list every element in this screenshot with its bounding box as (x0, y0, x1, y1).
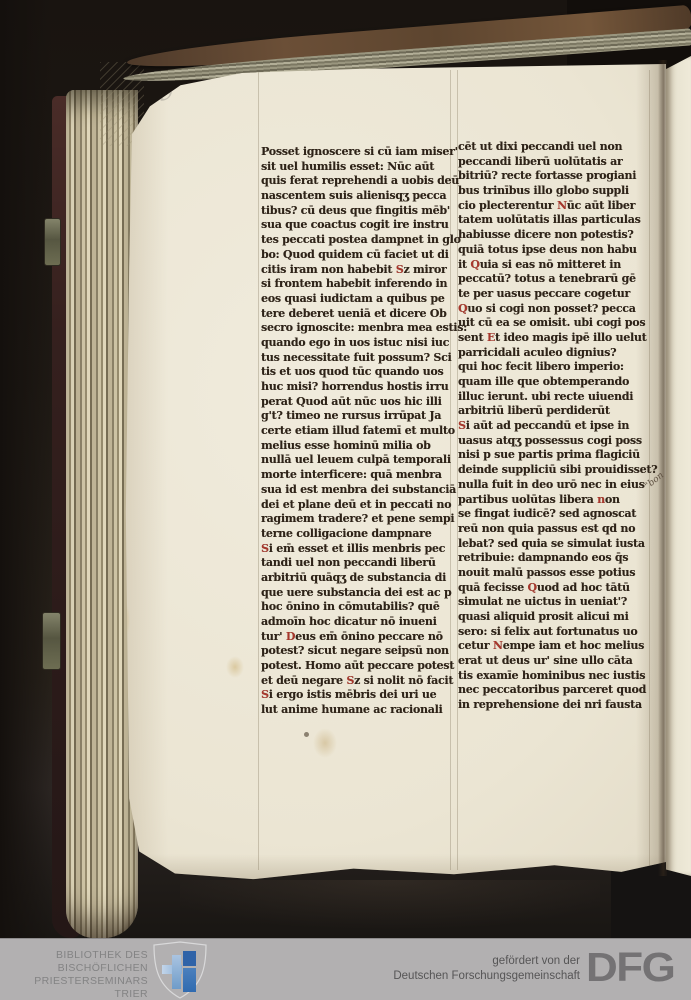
manuscript-text-line: se fingat iudicē? sed agnoscat (458, 507, 657, 522)
manuscript-text-line: habiusse dicere non potestis? (458, 228, 657, 243)
manuscript-page: 99 Posset ignoscere si cū iam miser'sit … (108, 64, 666, 880)
manuscript-text-line: quasi aliquid prosit alicui mi (458, 610, 657, 625)
manuscript-text-line: simulat ne uictus in ueniat'? (458, 595, 657, 610)
manuscript-text-line: tur' Deus em̄ ōnino peccare nō (261, 630, 467, 645)
manuscript-text-line: sua que coactus cogit ire instru (261, 218, 467, 233)
manuscript-text-line: uasus atqʒ possessus cogi poss (458, 434, 657, 449)
dfg-credit-text: gefördert von der Deutschen Forschungsge… (338, 954, 580, 984)
manuscript-text-line: sua id est menbra dei substanciā (261, 483, 467, 498)
manuscript-text-line: dei et plane deū et in peccati no (261, 498, 467, 513)
manuscript-text-line: te per uasus peccare cogetur (458, 287, 657, 302)
library-name-line2: BISCHÖFLICHEN (0, 962, 148, 975)
manuscript-text-line: lut anime humane ac racionali (261, 703, 467, 718)
manuscript-text-line: erat ut deus ur' sine ullo cāta (458, 654, 657, 669)
manuscript-text-line: peccatū? totus a tenebrarū gē (458, 272, 657, 287)
manuscript-text-line: sent Et ideo magis ipē illo uelut (458, 331, 657, 346)
manuscript-text-line: bitriū? recte fortasse progiani (458, 169, 657, 184)
manuscript-text-line: que uere substancia dei est ac p (261, 586, 467, 601)
manuscript-text-line: Si ergo istis mēbris dei uri ue (261, 688, 467, 703)
manuscript-text-line: it Quia si eas nō mitteret in (458, 258, 657, 273)
manuscript-text-line: tis et uos quod tūc quando uos (261, 365, 467, 380)
manuscript-text-line: nouit malū passos esse potius (458, 566, 657, 581)
manuscript-text-line: huc misi? horrendus hostis irru (261, 380, 467, 395)
manuscript-text-line: partibus uolūtas libera non (458, 493, 657, 508)
dfg-logo-icon: DFG (586, 945, 674, 991)
manuscript-text-line: potest? sicut negare seipsū non (261, 644, 467, 659)
facing-page-edge (666, 56, 691, 876)
manuscript-text-line: cēt ut dixi peccandi uel non (458, 140, 657, 155)
manuscript-text-line: tatem uolūtatis illas particulas (458, 213, 657, 228)
manuscript-text-line: sero: si felix aut fortunatus uo (458, 625, 657, 640)
manuscript-text-line: bo: Quod quidem cū faciet ut di (261, 248, 467, 263)
ruling-line (258, 70, 259, 870)
text-column-left: Posset ignoscere si cū iam miser'sit uel… (261, 145, 467, 718)
manuscript-text-line: citis iram non habebit Sz miror (261, 263, 467, 278)
manuscript-text-line: eos quasi iudictam a quibus pe (261, 292, 467, 307)
library-name: BIBLIOTHEK DES BISCHÖFLICHEN PRIESTERSEM… (0, 949, 148, 1000)
library-name-line1: BIBLIOTHEK DES (0, 949, 148, 962)
manuscript-text-line: parricidali aculeo dignius? (458, 346, 657, 361)
manuscript-text-line: Posset ignoscere si cū iam miser' (261, 145, 467, 160)
dfg-credit-line2: Deutschen Forschungsgemeinschaft (338, 969, 580, 984)
cross-stem-icon (183, 968, 196, 992)
text-column-right: cēt ut dixi peccandi uel nonpeccandi lib… (458, 140, 657, 713)
manuscript-text-line: arbitriū quāqʒ de substancia di (261, 571, 467, 586)
manuscript-text-line: quando ego in uos istuc nisi iuc (261, 336, 467, 351)
manuscript-text-line: hoc ōnino in cōmutabilis? quē (261, 600, 467, 615)
manuscript-text-line: nec peccatoribus parceret quod (458, 683, 657, 698)
manuscript-text-line: uit cū ea se omisit. ubi cogi pos (458, 316, 657, 331)
backdrop-left-shadow (0, 0, 52, 938)
manuscript-text-line: potest. Homo aūt peccare potest (261, 659, 467, 674)
manuscript-text-line: morte interficere: quā menbra (261, 468, 467, 483)
manuscript-text-line: cio plecterentur Nūc aūt liber (458, 199, 657, 214)
manuscript-text-line: Quo si cogi non posset? pecca (458, 302, 657, 317)
manuscript-text-line: quis ferat reprehendi a uobis deū (261, 174, 467, 189)
manuscript-text-line: Si em̄ esset et illis menbris pec (261, 542, 467, 557)
manuscript-text-line: quiā totus ipse deus non habu (458, 243, 657, 258)
manuscript-text-line: lebat? sed quia se simulat iusta (458, 537, 657, 552)
manuscript-text-line: g't? timeo ne rursus irrūpat Ja (261, 409, 467, 424)
manuscript-text-line: tandi uel non peccandi liberū (261, 556, 467, 571)
manuscript-text-line: tere deberet ueniā et dicere Ob (261, 307, 467, 322)
digitized-manuscript-photo: 99 Posset ignoscere si cū iam miser'sit … (0, 0, 691, 1000)
credit-banner: BIBLIOTHEK DES BISCHÖFLICHEN PRIESTERSEM… (0, 938, 691, 1000)
parchment-speck (304, 732, 309, 737)
manuscript-text-line: nisi p sue partis prima flagiciū (458, 448, 657, 463)
cross-head-icon (183, 951, 196, 966)
backdrop-reflection (180, 880, 600, 930)
cross-bar-icon (172, 955, 181, 989)
manuscript-text-line: terne colligacione dampnare (261, 527, 467, 542)
library-name-line3: PRIESTERSEMINARS TRIER (0, 975, 148, 1000)
manuscript-text-line: nascentem suis alienisqʒ pecca (261, 189, 467, 204)
gutter-fold (658, 60, 667, 876)
manuscript-text-line: peccandi liberū uolūtatis ar (458, 155, 657, 170)
backdrop-right-band (611, 862, 691, 938)
parchment-stain (313, 728, 337, 758)
manuscript-text-line: sit uel humilis esset: Nūc aūt (261, 160, 467, 175)
manuscript-text-line: arbitriū liberū perdiderūt (458, 404, 657, 419)
manuscript-text-line: in reprehensione dei nri fausta (458, 698, 657, 713)
manuscript-text-line: si frontem habebit inferendo in (261, 277, 467, 292)
parchment-stain (226, 656, 244, 678)
manuscript-text-line: certe etiam illud fatemī et multo (261, 424, 467, 439)
manuscript-text-line: quam ille que obtemperando (458, 375, 657, 390)
manuscript-text-line: et deū negare Sz si nolit nō facit (261, 674, 467, 689)
manuscript-text-line: reū non quia passus est qd no (458, 522, 657, 537)
manuscript-text-line: cetur Nempe iam et hoc melius (458, 639, 657, 654)
book-clasp-bottom (42, 612, 61, 670)
manuscript-text-line: melius esse hominū milia ob (261, 439, 467, 454)
manuscript-text-line: secro ignoscite: menbra mea estis: (261, 321, 467, 336)
manuscript-text-line: deinde suppliciū sibi prouidisset? (458, 463, 657, 478)
manuscript-text-line: perat Quod aūt nūc uos hic illi (261, 395, 467, 410)
manuscript-text-line: tibus? cū deus que fingitis mēb' (261, 204, 467, 219)
dfg-credit-line1: gefördert von der (338, 954, 580, 969)
manuscript-text-line: nullā uel leuem culpā temporali (261, 453, 467, 468)
manuscript-text-line: qui hoc fecit libero imperio: (458, 360, 657, 375)
manuscript-text-line: tus necessitate fuit possum? Sci (261, 351, 467, 366)
manuscript-text-line: tes peccati postea dampnet in glo (261, 233, 467, 248)
manuscript-text-line: illuc ierunt. ubi recte uiuendi (458, 390, 657, 405)
manuscript-text-line: Si aūt ad peccandū et ipse in (458, 419, 657, 434)
manuscript-text-line: admoīn hoc dicatur nō inueni (261, 615, 467, 630)
manuscript-text-line: bus trinībus illo globo suppli (458, 184, 657, 199)
book-clasp-top (44, 218, 61, 266)
manuscript-text-line: retribuie: dampnando eos q̄s (458, 551, 657, 566)
seminary-shield-icon (151, 940, 209, 1000)
manuscript-text-line: nulla fuit in deo urō nec in eius (458, 478, 657, 493)
manuscript-text-line: quā fecisse Quod ad hoc tātū (458, 581, 657, 596)
manuscript-text-line: tis examīe hominibus nec iustis (458, 669, 657, 684)
manuscript-text-line: ragimem tradere? et pene sempi (261, 512, 467, 527)
